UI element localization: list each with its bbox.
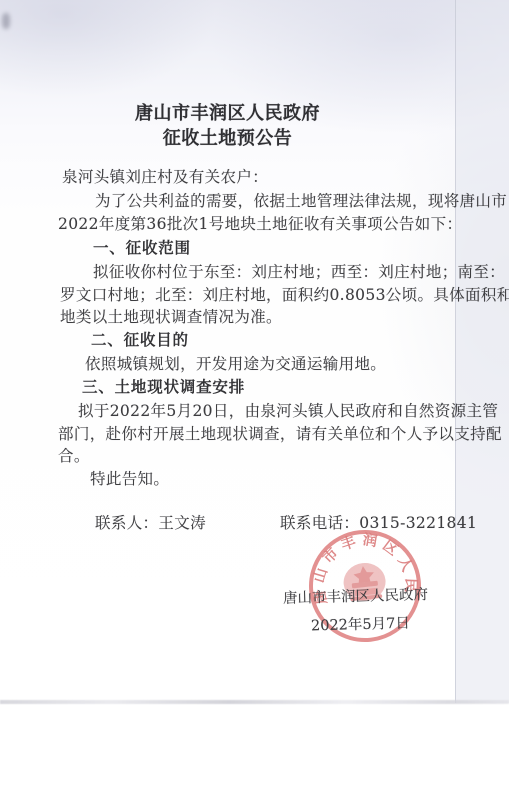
scanned-document-page: 唐山市丰润区人民政府 征收土地预公告 泉河头镇刘庄村及有关农户： 为了公共利益的… <box>0 0 509 800</box>
section-line: 拟征收你村位于东至：刘庄村地；西至：刘庄村地；南至： <box>93 265 505 281</box>
section-line: 拟于2022年5月20日，由泉河头镇人民政府和自然资源主管 <box>78 404 498 420</box>
section-line: 合。 <box>58 449 90 465</box>
scan-artifact <box>2 13 10 29</box>
section-line: 依照城镇规划，开发用途为交通运输用地。 <box>85 357 386 373</box>
contact-phone: 联系电话：0315-3221841 <box>280 516 477 532</box>
document-subtitle: 征收土地预公告 <box>0 124 455 150</box>
paper-bottom-edge <box>0 700 509 704</box>
document-title: 唐山市丰润区人民政府 <box>0 99 455 125</box>
section-heading: 三、土地现状调查安排 <box>82 380 245 396</box>
section-line: 罗文口村地；北至：刘庄村地，面积约0.8053公顷。具体面积和 <box>60 288 509 304</box>
contact-person: 联系人：王文涛 <box>95 516 206 532</box>
section-line: 地类以土地现状调查情况为准。 <box>60 310 282 326</box>
section-heading: 二、征收目的 <box>91 333 189 349</box>
section-heading: 一、征收范围 <box>93 241 191 257</box>
contact-phone-label: 联系电话： <box>280 514 359 532</box>
intro-line: 2022年度第36批次1号地块土地征收有关事项公告如下： <box>58 217 462 233</box>
salutation-line: 泉河头镇刘庄村及有关农户： <box>62 170 268 186</box>
contact-person-name: 王文涛 <box>158 514 206 532</box>
intro-line: 为了公共利益的需要，依据土地管理法律法规，现将唐山市 <box>95 194 507 210</box>
signature-date: 2022年5月7日 <box>311 617 410 634</box>
paper-right-edge <box>455 0 509 703</box>
official-seal: 唐山市丰润区人民政府 <box>295 516 435 656</box>
contact-person-label: 联系人： <box>95 514 158 532</box>
closing-line: 特此告知。 <box>90 472 169 488</box>
section-line: 部门，赴你村开展土地现状调查，请有关单位和个人予以支持配 <box>58 427 502 443</box>
contact-phone-number: 0315-3221841 <box>359 514 477 532</box>
